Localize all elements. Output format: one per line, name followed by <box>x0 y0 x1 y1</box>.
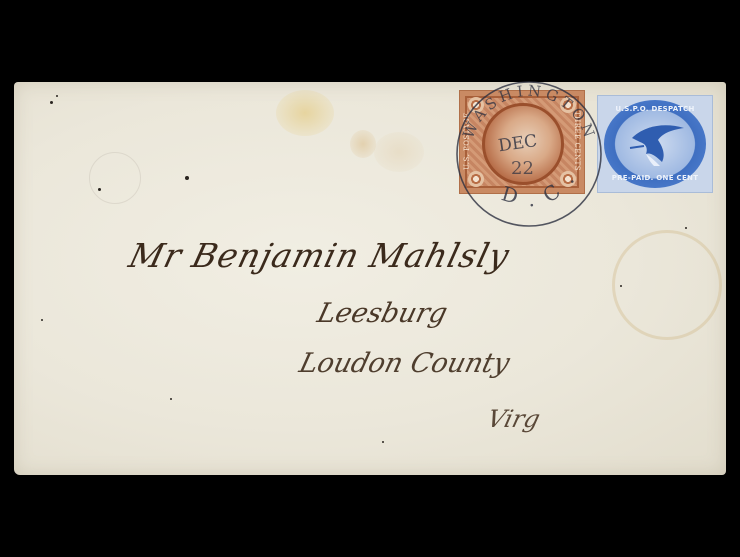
address-county: Loudon County <box>296 348 513 379</box>
stain <box>374 132 424 172</box>
one-cent-despatch-stamp: U.S.P.O. DESPATCH PRE-PAID. ONE CENT <box>597 95 713 193</box>
address-state: Virg <box>485 405 543 433</box>
addressee-name: Mr Benjamin Mahlsly <box>125 236 514 275</box>
foxing-spot <box>50 101 53 104</box>
stamp-bottom-text: PRE-PAID. ONE CENT <box>598 174 712 182</box>
water-ring-stain <box>612 230 722 340</box>
stain <box>276 90 334 136</box>
foxing-spot <box>382 441 384 443</box>
stamp-top-text: U.S.P.O. DESPATCH <box>598 105 712 113</box>
foxing-spot <box>98 188 101 191</box>
rosette-icon <box>468 171 484 187</box>
foxing-spot <box>170 398 172 400</box>
rosette-icon <box>468 97 484 113</box>
rosette-icon <box>560 97 576 113</box>
foxing-spot <box>620 285 622 287</box>
eagle-icon <box>626 118 688 170</box>
rosette-icon <box>560 171 576 187</box>
foxing-spot <box>41 319 43 321</box>
stain <box>350 130 376 158</box>
portrait-oval <box>482 103 564 185</box>
foxing-spot <box>185 176 189 180</box>
foxing-spot <box>685 227 687 229</box>
faint-offset-mark <box>89 152 141 204</box>
three-cent-stamp: U.S. POSTAGE THREE CENTS <box>459 90 585 194</box>
foxing-spot <box>56 95 58 97</box>
address-city: Leesburg <box>314 298 450 329</box>
